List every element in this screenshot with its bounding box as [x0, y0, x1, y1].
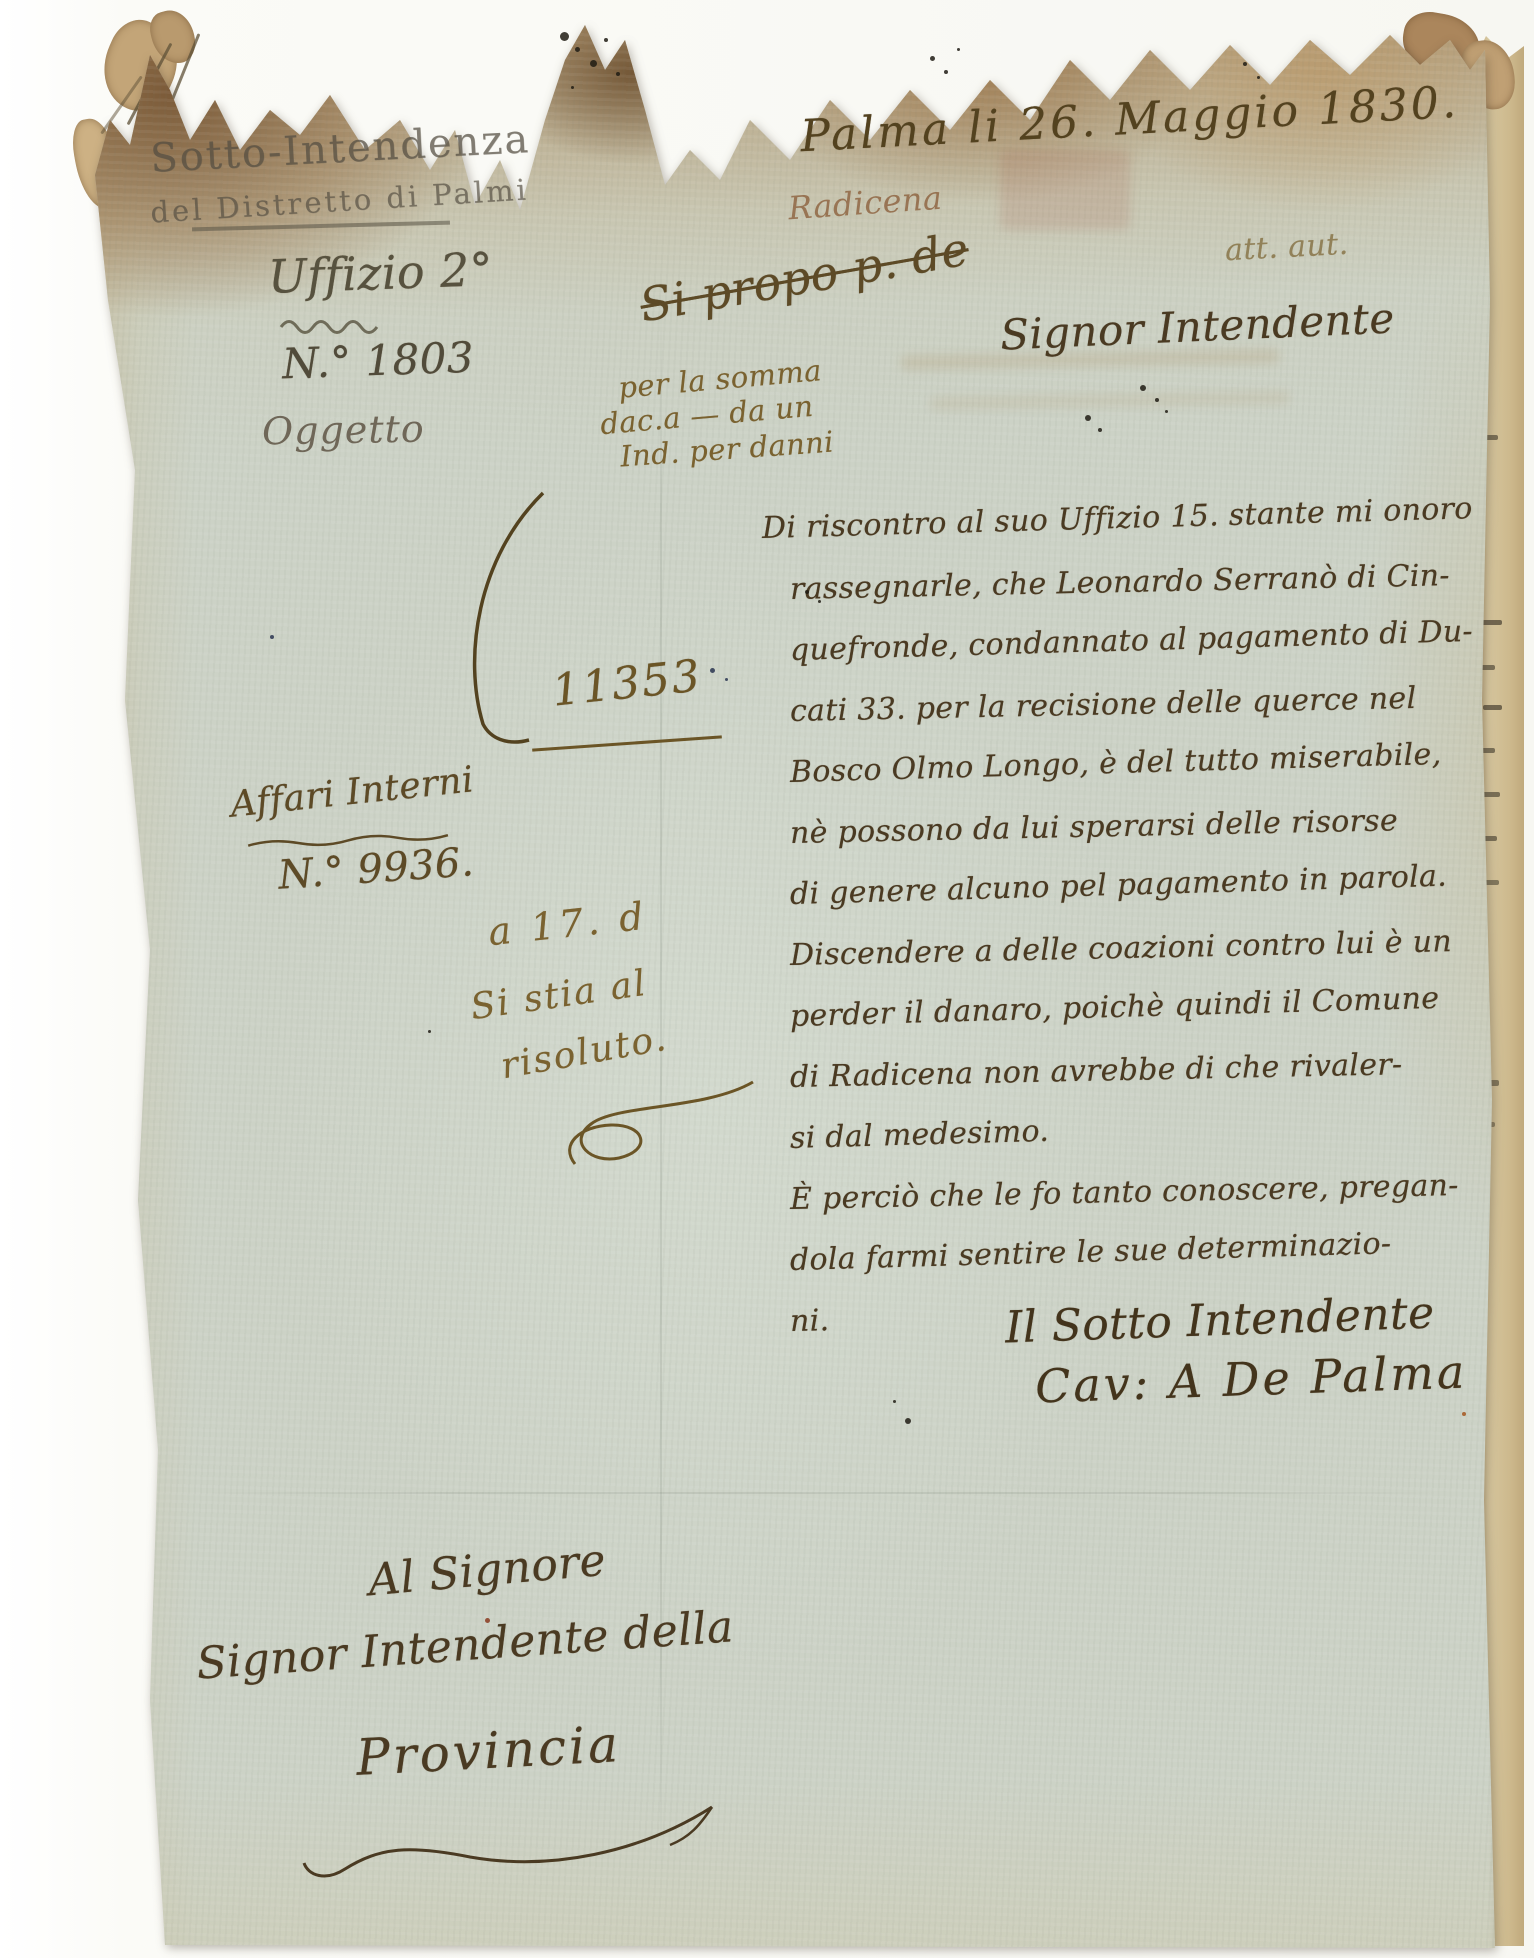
ink-blot: [1140, 385, 1146, 391]
ink-blot: [604, 38, 608, 42]
ink-blot: [805, 590, 809, 594]
corner-note: att. aut.: [1224, 227, 1349, 268]
ink-blot: [428, 1030, 431, 1033]
ink-blot: [893, 1400, 896, 1403]
address-flourish: [300, 1795, 720, 1885]
ink-blot: [1155, 398, 1159, 402]
ink-blot: [944, 70, 948, 74]
ink-blot: [616, 72, 620, 76]
ink-blot: [575, 47, 580, 52]
ink-blot: [957, 48, 960, 51]
decision-note-flourish: [555, 1072, 765, 1172]
ink-blot: [818, 600, 821, 603]
ink-blot: [590, 60, 597, 67]
protocol-number: N.° 1803: [281, 333, 474, 389]
ink-blot: [1243, 62, 1247, 66]
ink-blot: [571, 86, 574, 89]
ink-blot: [905, 1418, 911, 1424]
ink-blot: [1257, 76, 1260, 79]
ink-blot: [560, 32, 569, 41]
paper-right-shade: [1488, 15, 1522, 1948]
ink-blot: [1085, 415, 1091, 421]
ink-blot: [1098, 428, 1102, 432]
margin-bracket-flourish: [455, 488, 565, 758]
subject-label: Oggetto: [262, 407, 425, 454]
ink-blot: [930, 56, 935, 61]
office-number: Uffizio 2°: [267, 242, 494, 304]
ink-blot: [710, 668, 715, 673]
ink-blot: [270, 635, 274, 639]
bleed-through-stain: [1000, 150, 1130, 230]
ink-blot: [725, 678, 728, 681]
office-underline-squiggle: [278, 314, 396, 336]
rust-spot: [1462, 1412, 1466, 1416]
letter-body: Di riscontro al suo Uffizio 15. stante m…: [790, 498, 1473, 1352]
fold-crease-horizontal: [200, 1492, 1440, 1494]
letter-scan: Sotto-Intendenza del Distretto di Palmi …: [0, 0, 1534, 1958]
rust-spot: [485, 1618, 490, 1623]
ink-blot: [1165, 410, 1168, 413]
